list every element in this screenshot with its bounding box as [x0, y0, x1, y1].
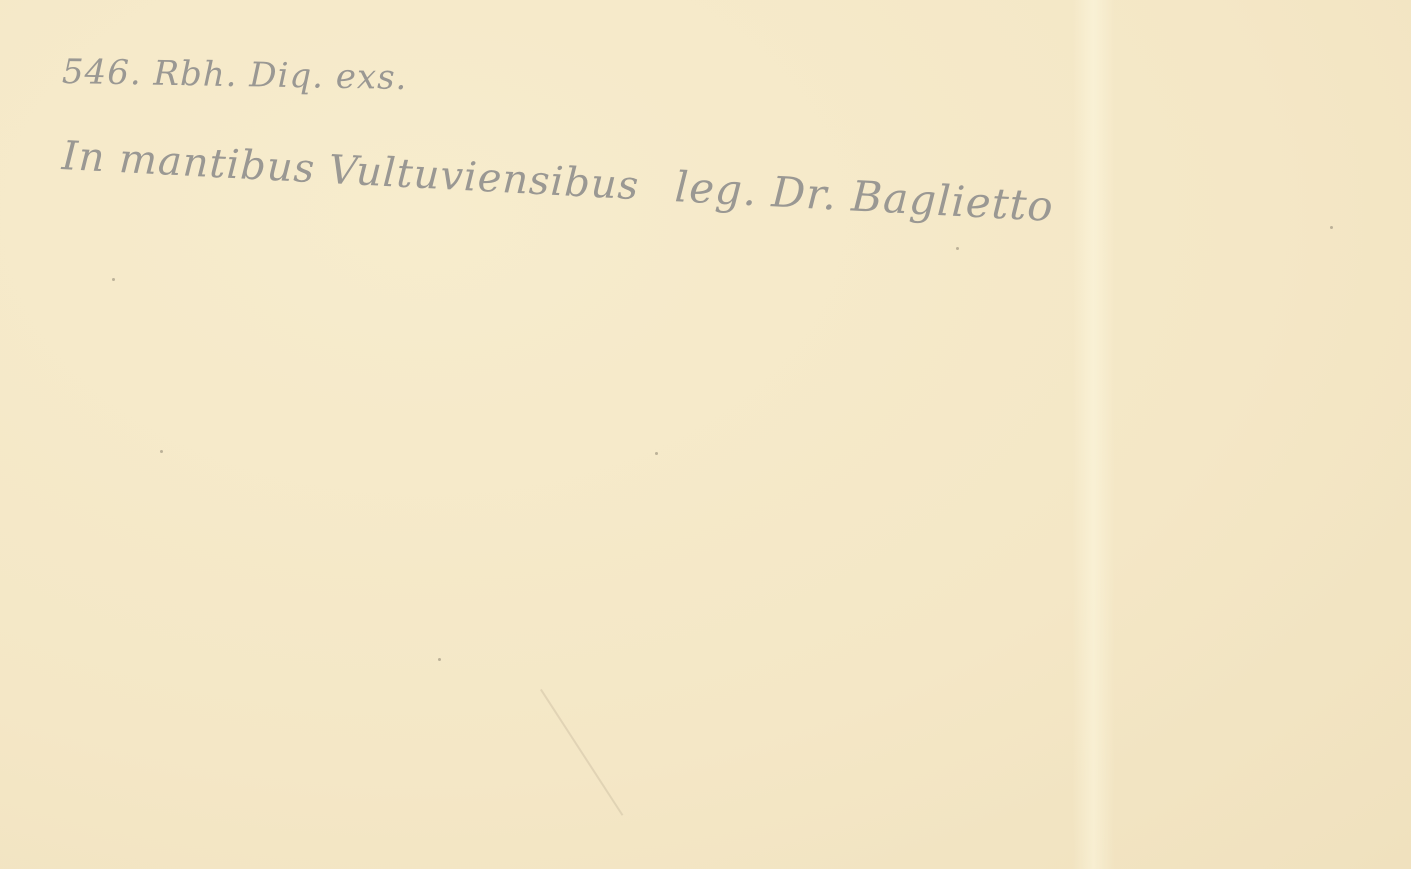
- catalog-number-line: 546. Rbh. Diq. exs.: [62, 52, 408, 98]
- aged-paper-background: [0, 0, 1411, 869]
- paper-speck: [655, 452, 658, 455]
- paper-speck: [438, 658, 441, 661]
- paper-speck: [1330, 226, 1333, 229]
- paper-speck: [160, 450, 163, 453]
- paper-speck: [956, 247, 959, 250]
- paper-speck: [112, 278, 115, 281]
